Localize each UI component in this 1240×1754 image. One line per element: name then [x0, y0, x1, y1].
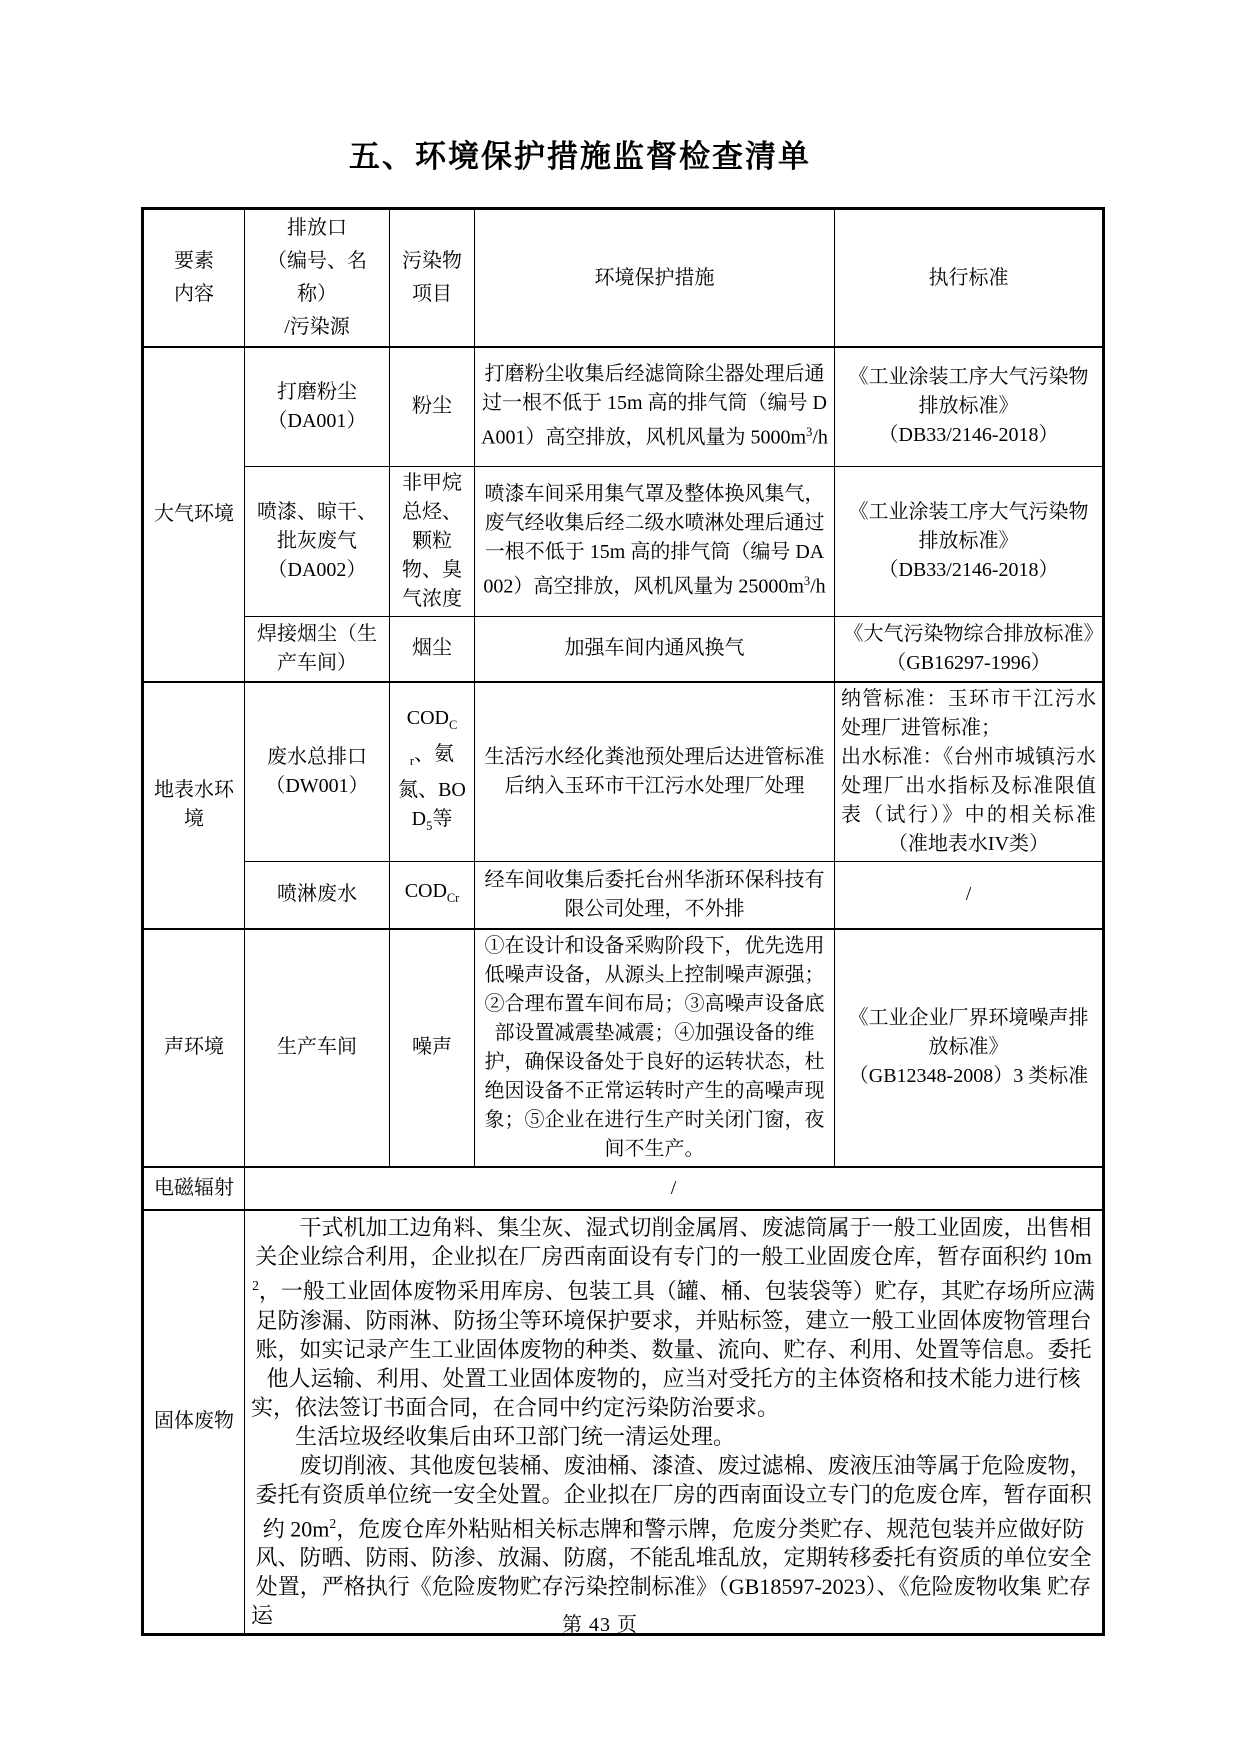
cell-noise-pollutant: 噪声	[390, 929, 475, 1167]
header-measure: 环境保护措施	[475, 209, 835, 348]
header-element: 要素内容	[143, 209, 245, 348]
cell-air2-standard: 《工业涂装工序大气污染物排放标准》（DB33/2146-2018）	[835, 466, 1104, 616]
cell-water1-source: 废水总排口（DW001）	[245, 682, 390, 862]
document-page: 五、环境保护措施监督检查清单 要素内容 排放口（编号、名称）/污染源 污染物项目…	[0, 0, 1240, 1754]
row-air-painting: 喷漆、晾干、批灰废气（DA002） 非甲烷总烃、颗粒物、臭气浓度 喷漆车间采用集…	[143, 466, 1104, 616]
section-label-water: 地表水环境	[143, 682, 245, 929]
cell-air3-pollutant: 烟尘	[390, 616, 475, 682]
page-number: 第 43 页	[0, 1608, 1200, 1637]
row-water-spray: 喷淋废水 CODCr 经车间收集后委托台州华浙环保科技有限公司处理，不外排 /	[143, 862, 1104, 929]
cell-air2-source: 喷漆、晾干、批灰废气（DA002）	[245, 466, 390, 616]
cell-water2-source: 喷淋废水	[245, 862, 390, 929]
solid-waste-paragraph-domestic: 生活垃圾经收集后由环卫部门统一清运处理。	[251, 1422, 1096, 1451]
cell-air3-measure: 加强车间内通风换气	[475, 616, 835, 682]
solid-waste-paragraph-hazardous: 废切削液、其他废包装桶、废油桶、漆渣、废过滤棉、废液压油等属于危险废物，委托有资…	[251, 1451, 1096, 1630]
inspection-checklist-table: 要素内容 排放口（编号、名称）/污染源 污染物项目 环境保护措施 执行标准 大气…	[141, 207, 1105, 1636]
section-label-solid-waste: 固体废物	[143, 1210, 245, 1635]
section-label-emr: 电磁辐射	[143, 1167, 245, 1210]
cell-air3-source: 焊接烟尘（生产车间）	[245, 616, 390, 682]
row-solid-waste: 固体废物 干式机加工边角料、集尘灰、湿式切削金属屑、废滤筒属于一般工业固废，出售…	[143, 1210, 1104, 1635]
cell-water1-pollutant: CODCr、氨氮、BOD5等	[390, 682, 475, 862]
standard-outlet: 出水标准：《台州市城镇污水处理厂出水指标及标准限值表（试行）》中的相关标准（准地…	[841, 743, 1096, 859]
row-air-grinding: 大气环境 打磨粉尘（DA001） 粉尘 打磨粉尘收集后经滤筒除尘器处理后通过一根…	[143, 347, 1104, 466]
cell-air3-standard: 《大气污染物综合排放标准》（GB16297-1996）	[835, 616, 1104, 682]
cell-air1-standard: 《工业涂装工序大气污染物排放标准》（DB33/2146-2018）	[835, 347, 1104, 466]
row-water-main-outlet: 地表水环境 废水总排口（DW001） CODCr、氨氮、BOD5等 生活污水经化…	[143, 682, 1104, 862]
cell-air1-pollutant: 粉尘	[390, 347, 475, 466]
cell-noise-standard: 《工业企业厂界环境噪声排放标准》（GB12348-2008）3 类标准	[835, 929, 1104, 1167]
page-title: 五、环境保护措施监督检查清单	[0, 131, 1160, 176]
header-outlet: 排放口（编号、名称）/污染源	[245, 209, 390, 348]
cell-solid-waste-content: 干式机加工边角料、集尘灰、湿式切削金属屑、废滤筒属于一般工业固废，出售相关企业综…	[245, 1210, 1104, 1635]
cell-air1-measure: 打磨粉尘收集后经滤筒除尘器处理后通过一根不低于 15m 高的排气筒（编号 DA0…	[475, 347, 835, 466]
standard-intake: 纳管标准：玉环市干江污水处理厂进管标准；	[841, 685, 1096, 743]
row-air-welding: 焊接烟尘（生产车间） 烟尘 加强车间内通风换气 《大气污染物综合排放标准》（GB…	[143, 616, 1104, 682]
cell-water2-measure: 经车间收集后委托台州华浙环保科技有限公司处理，不外排	[475, 862, 835, 929]
cell-water2-pollutant: CODCr	[390, 862, 475, 929]
cell-water2-standard: /	[835, 862, 1104, 929]
header-standard: 执行标准	[835, 209, 1104, 348]
row-emr: 电磁辐射 /	[143, 1167, 1104, 1210]
cell-air1-source: 打磨粉尘（DA001）	[245, 347, 390, 466]
cell-air2-measure: 喷漆车间采用集气罩及整体换风集气，废气经收集后经二级水喷淋处理后通过一根不低于 …	[475, 466, 835, 616]
cell-air2-pollutant: 非甲烷总烃、颗粒物、臭气浓度	[390, 466, 475, 616]
cell-noise-source: 生产车间	[245, 929, 390, 1167]
table-header-row: 要素内容 排放口（编号、名称）/污染源 污染物项目 环境保护措施 执行标准	[143, 209, 1104, 348]
header-pollutant: 污染物项目	[390, 209, 475, 348]
cell-emr-value: /	[245, 1167, 1104, 1210]
cell-noise-measure: ①在设计和设备采购阶段下，优先选用低噪声设备，从源头上控制噪声源强；②合理布置车…	[475, 929, 835, 1167]
section-label-air: 大气环境	[143, 347, 245, 682]
cell-water1-standard: 纳管标准：玉环市干江污水处理厂进管标准； 出水标准：《台州市城镇污水处理厂出水指…	[835, 682, 1104, 862]
row-noise: 声环境 生产车间 噪声 ①在设计和设备采购阶段下，优先选用低噪声设备，从源头上控…	[143, 929, 1104, 1167]
section-label-noise: 声环境	[143, 929, 245, 1167]
cell-water1-measure: 生活污水经化粪池预处理后达进管标准后纳入玉环市干江污水处理厂处理	[475, 682, 835, 862]
solid-waste-paragraph-general: 干式机加工边角料、集尘灰、湿式切削金属屑、废滤筒属于一般工业固废，出售相关企业综…	[251, 1213, 1096, 1421]
